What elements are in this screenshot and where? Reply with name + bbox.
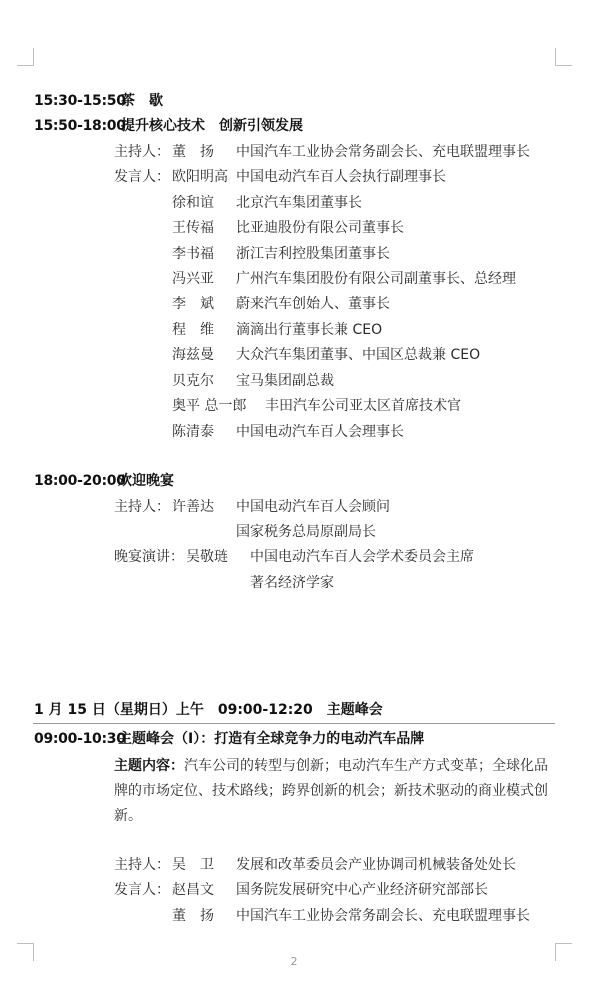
page-number: 2 xyxy=(0,955,588,968)
speaker-title: 蔚来汽车创始人、董事长 xyxy=(236,295,390,313)
dinner-speaker-title-line-1: 中国电动汽车百人会学术委员会主席 xyxy=(250,548,474,566)
host-name: 董 扬 xyxy=(172,143,214,161)
speaker-title: 中国电动汽车百人会执行副理事长 xyxy=(236,168,446,186)
speaker-name: 陈清泰 xyxy=(172,423,214,441)
host-title-line-2: 国家税务总局原副局长 xyxy=(236,523,376,541)
speaker-name: 赵昌文 xyxy=(172,881,214,899)
speaker-name: 海兹曼 xyxy=(172,346,214,364)
speaker-name: 徐和谊 xyxy=(172,194,214,212)
speaker-name: 王传福 xyxy=(172,219,214,237)
host-title: 发展和改革委员会产业协调司机械装备处处长 xyxy=(236,856,516,874)
host-title: 中国汽车工业协会常务副会长、充电联盟理事长 xyxy=(236,143,530,161)
speaker-name: 李书福 xyxy=(172,245,214,263)
day-header: 1 月 15 日（星期日）上午 09:00-12:20 主题峰会 xyxy=(34,701,383,719)
speaker-title: 宝马集团副总裁 xyxy=(236,372,334,390)
speaker-title: 中国电动汽车百人会理事长 xyxy=(236,423,404,441)
speaker-title: 广州汽车集团股份有限公司副董事长、总经理 xyxy=(236,270,516,288)
dinner-speaker-title-line-2: 著名经济学家 xyxy=(250,574,334,592)
host-label: 主持人： xyxy=(114,143,170,161)
dinner-speech-label: 晚宴演讲： xyxy=(114,548,184,566)
forum-content-label: 主题内容： xyxy=(114,758,184,774)
forum-content: 主题内容：汽车公司的转型与创新；电动汽车生产方式变革；全球化品牌的市场定位、技术… xyxy=(114,754,560,829)
forum-title: 主题峰会（I）：打造有全球竞争力的电动汽车品牌 xyxy=(118,730,424,748)
session-title: 欢迎晚宴 xyxy=(118,472,174,490)
session-time: 18:00-20:00 xyxy=(34,472,126,490)
host-name: 吴 卫 xyxy=(172,856,214,874)
speakers-label: 发言人： xyxy=(114,168,170,186)
host-label: 主持人： xyxy=(114,498,170,516)
crop-mark-top-left xyxy=(17,48,34,66)
dinner-speaker-name: 吴敬琏 xyxy=(186,548,228,566)
session-time: 15:50-18:00 xyxy=(34,117,126,135)
speaker-name: 程 维 xyxy=(172,321,214,339)
speaker-name: 欧阳明高 xyxy=(172,168,228,186)
speaker-name: 董 扬 xyxy=(172,907,214,925)
speaker-title: 浙江吉利控股集团董事长 xyxy=(236,245,390,263)
speaker-name: 冯兴亚 xyxy=(172,270,214,288)
header-separator-line xyxy=(33,723,555,724)
session-title: 提升核心技术 创新引领发展 xyxy=(121,117,303,135)
host-label: 主持人： xyxy=(114,856,170,874)
speaker-title: 北京汽车集团董事长 xyxy=(236,194,362,212)
speaker-title: 大众汽车集团董事、中国区总裁兼 CEO xyxy=(236,346,480,364)
speaker-name: 奥平 总一郎 xyxy=(172,397,246,415)
speaker-name: 贝克尔 xyxy=(172,372,214,390)
speaker-name: 李 斌 xyxy=(172,295,214,313)
speakers-label: 发言人： xyxy=(114,881,170,899)
speaker-title: 丰田汽车公司亚太区首席技术官 xyxy=(265,397,461,415)
host-title-line-1: 中国电动汽车百人会顾问 xyxy=(236,498,390,516)
crop-mark-top-right xyxy=(555,48,572,66)
host-name: 许善达 xyxy=(172,498,214,516)
session-title: 茶 歇 xyxy=(121,92,163,110)
speaker-title: 滴滴出行董事长兼 CEO xyxy=(236,321,382,339)
speaker-title: 比亚迪股份有限公司董事长 xyxy=(236,219,404,237)
forum-time: 09:00-10:30 xyxy=(34,730,126,748)
speaker-title: 中国汽车工业协会常务副会长、充电联盟理事长 xyxy=(236,907,530,925)
session-time: 15:30-15:50 xyxy=(34,92,126,110)
speaker-title: 国务院发展研究中心产业经济研究部部长 xyxy=(236,881,488,899)
